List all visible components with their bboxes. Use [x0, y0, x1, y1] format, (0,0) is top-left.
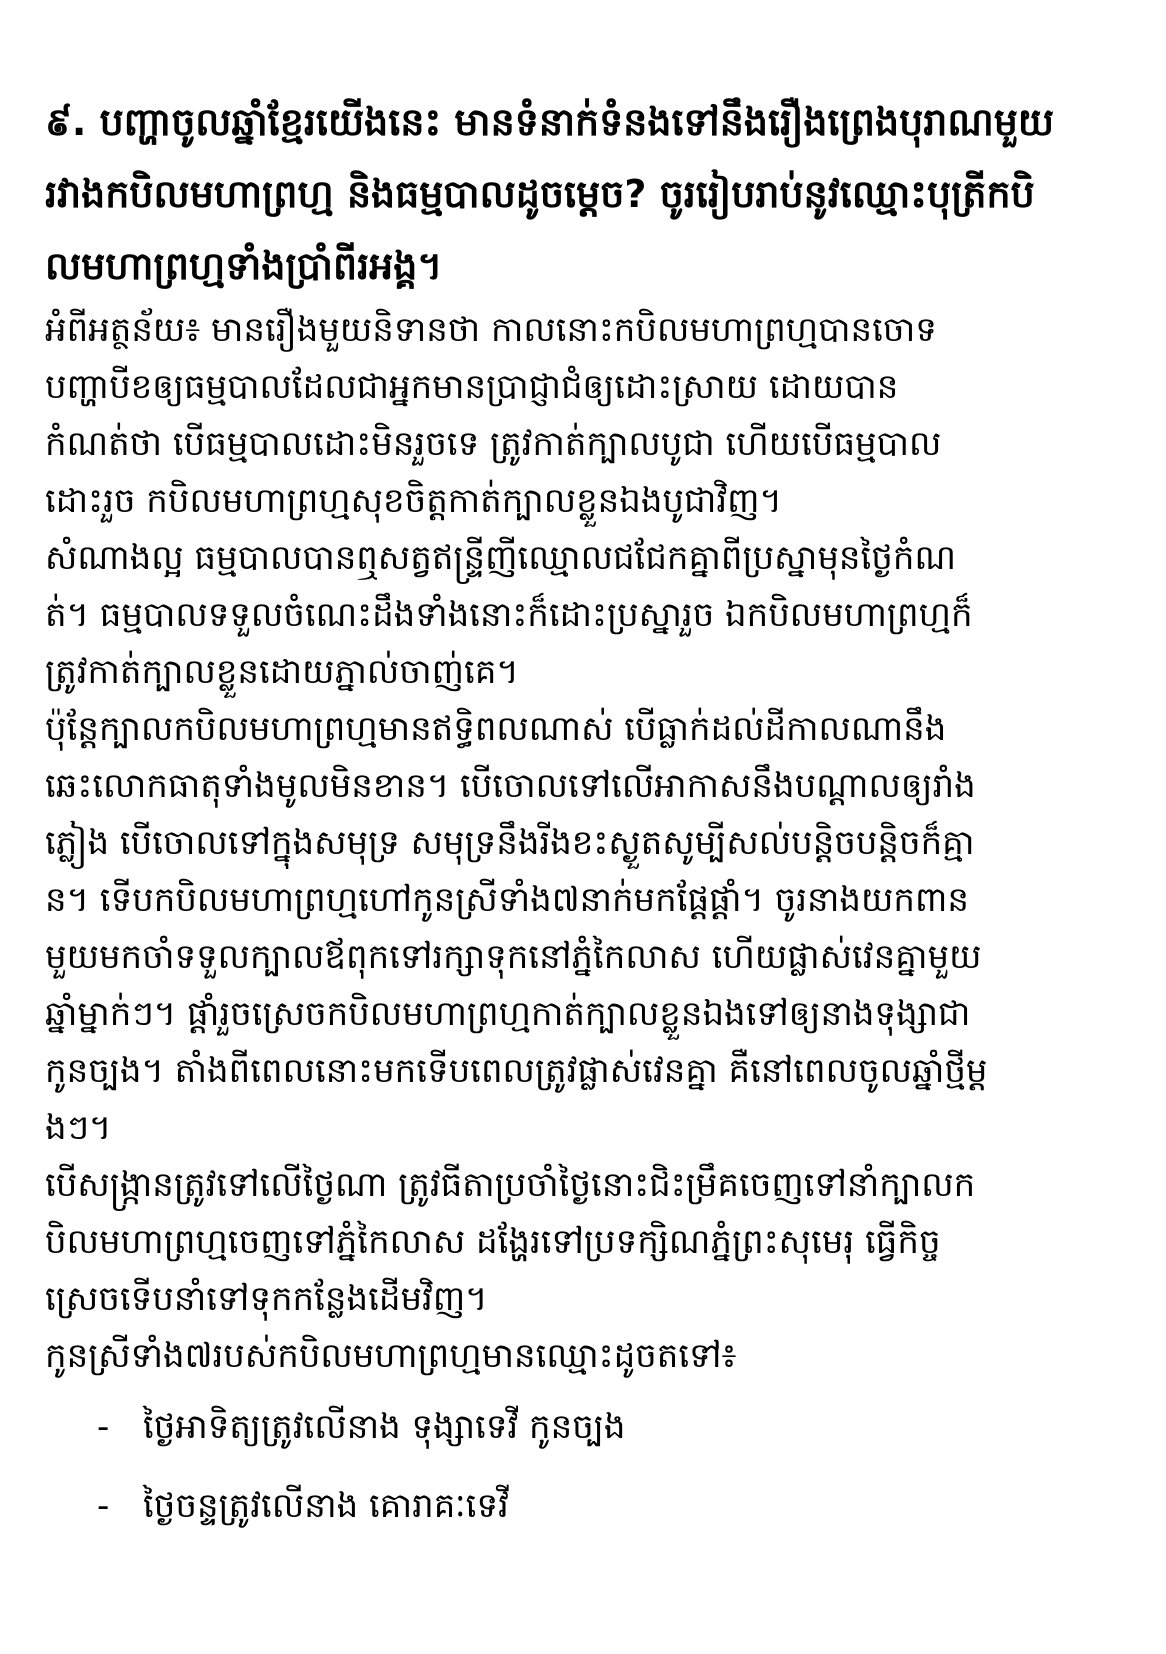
list-item-1: - ថ្ងៃអាទិត្យត្រូវលើនាង ទុង្សាទេវី កូនច្… [45, 1399, 1124, 1456]
body-line: បិលមហាព្រហ្មចេញទៅភ្នំកៃលាស ដង្ហែរទៅប្រទក… [45, 1214, 1124, 1271]
body-line: ន។ ទើបកបិលមហាព្រហ្មហៅកូនស្រីទាំង៧នាក់មកផ… [45, 872, 1124, 929]
paragraph-1: អំពីអត្ថន័យ៖ មានរឿងមួយនិទានថា កាលនោះកបិល… [45, 302, 1124, 530]
body-line: កូនស្រីទាំង៧របស់កបិលមហាព្រហ្មមានឈ្មោះដូច… [45, 1328, 1124, 1385]
list-item-2: - ថ្ងៃចន្ទត្រូវលើនាង គោរាគៈទេវី [45, 1478, 1124, 1535]
body-line: បញ្ហាបីខឲ្យធម្មបាលដែលជាអ្នកមានប្រាជ្ញាជំ… [45, 359, 1124, 416]
body-line: ស្រេចទើបនាំទៅទុកកន្លែងដើមវិញ។ [45, 1271, 1124, 1328]
body-line: កូនច្បង។ តាំងពីពេលនោះមកទើបពេលត្រូវផ្លាស់… [45, 1043, 1124, 1100]
heading-line-2: រវាងកបិលមហាព្រហ្ម និងធម្មបាលដូចម្ដេច? ចូ… [45, 158, 1124, 230]
body-line: ត្រូវកាត់ក្បាលខ្លួនដោយភ្នាល់ចាញ់គេ។ [45, 644, 1124, 701]
paragraph-2: សំណាងល្អ ធម្មបាលបានឮសត្វឥន្ទ្រីញីឈ្មោលជជ… [45, 530, 1124, 701]
daughters-list: - ថ្ងៃអាទិត្យត្រូវលើនាង ទុង្សាទេវី កូនច្… [45, 1399, 1124, 1535]
document-page: ៩. បញ្ហាចូលឆ្នាំខ្មែរយើងនេះ មានទំនាក់ទំន… [0, 0, 1166, 1654]
body-line: អំពីអត្ថន័យ៖ មានរឿងមួយនិទានថា កាលនោះកបិល… [45, 302, 1124, 359]
dash-marker: - [97, 1399, 143, 1456]
body-line: ភ្លៀង បើចោលទៅក្នុងសមុទ្រ សមុទ្រនឹងរីងខះស… [45, 815, 1124, 872]
body-line: ប៉ុន្តែក្បាលកបិលមហាព្រហ្មមានឥទ្ធិពលណាស់ … [45, 701, 1124, 758]
body-line: បើសង្ក្រានត្រូវទៅលើថ្ងៃណា ត្រូវធីតាប្រចា… [45, 1157, 1124, 1214]
list-item-text: ថ្ងៃអាទិត្យត្រូវលើនាង ទុង្សាទេវី កូនច្បង [143, 1399, 625, 1456]
paragraph-5: កូនស្រីទាំង៧របស់កបិលមហាព្រហ្មមានឈ្មោះដូច… [45, 1328, 1124, 1385]
heading-line-3: លមហាព្រហ្មទាំងប្រាំពីរអង្គ។ [45, 230, 1124, 302]
body-line: ត់។ ធម្មបាលទទួលចំណេះដឹងទាំងនោះក៏ដោះប្រស្… [45, 587, 1124, 644]
paragraph-3: ប៉ុន្តែក្បាលកបិលមហាព្រហ្មមានឥទ្ធិពលណាស់ … [45, 701, 1124, 1157]
heading-line-1: ៩. បញ្ហាចូលឆ្នាំខ្មែរយើងនេះ មានទំនាក់ទំន… [45, 86, 1124, 158]
body-line: មួយមកចាំទទួលក្បាលឪពុកទៅរក្សាទុកនៅភ្នំកៃល… [45, 929, 1124, 986]
body-line: ងៗ។ [45, 1100, 1124, 1157]
paragraph-4: បើសង្ក្រានត្រូវទៅលើថ្ងៃណា ត្រូវធីតាប្រចា… [45, 1157, 1124, 1328]
question-heading: ៩. បញ្ហាចូលឆ្នាំខ្មែរយើងនេះ មានទំនាក់ទំន… [45, 86, 1124, 302]
body-line: ឆេះលោកធាតុទាំងមូលមិនខាន។ បើចោលទៅលើអាកាសន… [45, 758, 1124, 815]
list-item-text: ថ្ងៃចន្ទត្រូវលើនាង គោរាគៈទេវី [143, 1478, 509, 1535]
body-line: សំណាងល្អ ធម្មបាលបានឮសត្វឥន្ទ្រីញីឈ្មោលជជ… [45, 530, 1124, 587]
body-line: កំណត់ថា បើធម្មបាលដោះមិនរួចទេ ត្រូវកាត់ក្… [45, 416, 1124, 473]
body-line: ដោះរួច កបិលមហាព្រហ្មសុខចិត្តកាត់ក្បាលខ្ល… [45, 473, 1124, 530]
dash-marker: - [97, 1478, 143, 1535]
body-line: ឆ្នាំម្នាក់ៗ។ ផ្ដាំរួចស្រេចកបិលមហាព្រហ្ម… [45, 986, 1124, 1043]
